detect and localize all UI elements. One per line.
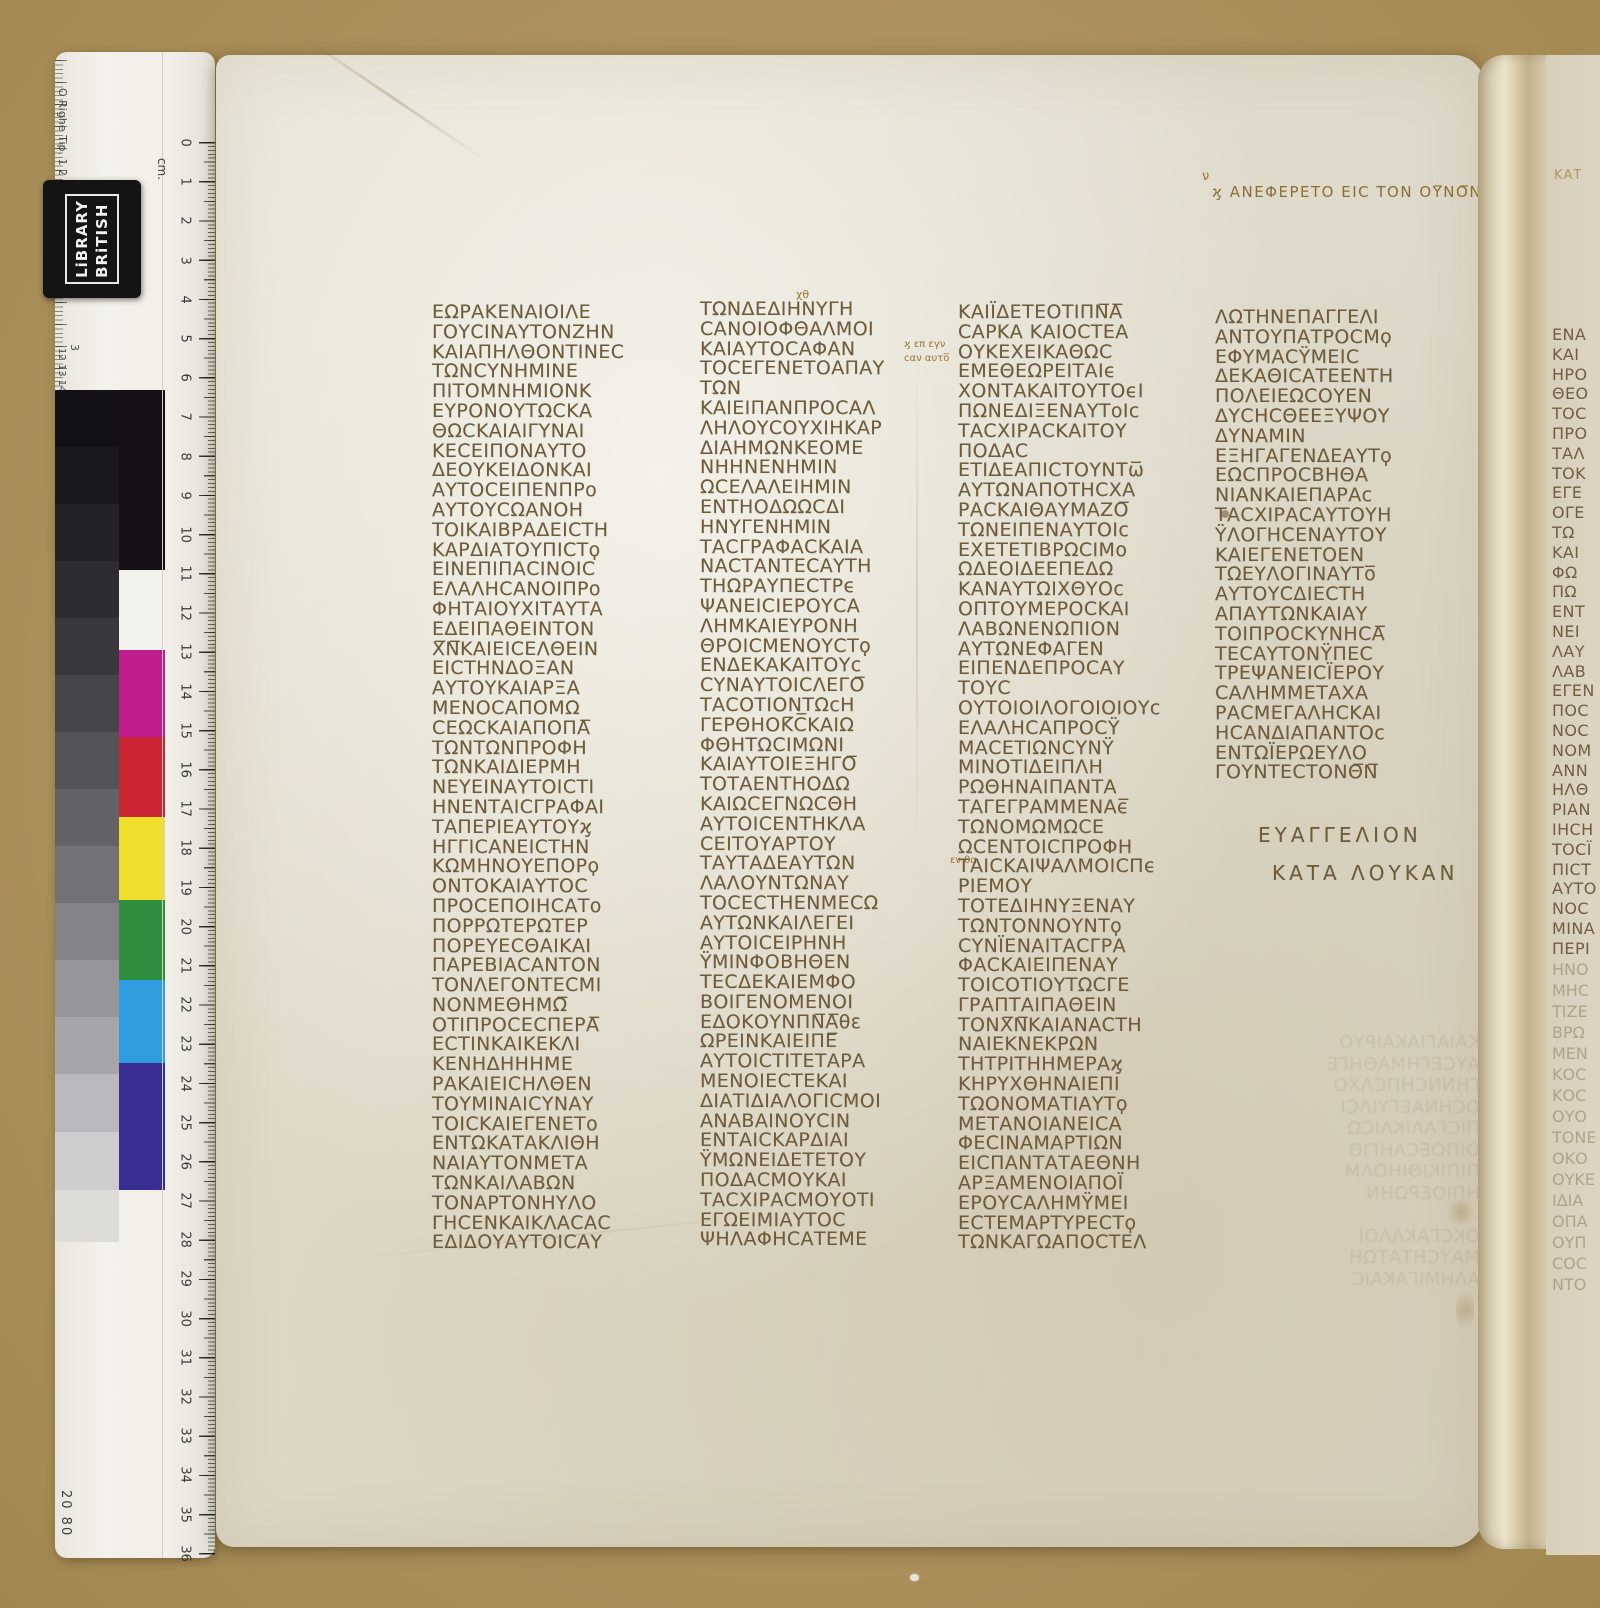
ghost-line: ΠΙΠΙΚΙΘΙΗΟΛΜ [1212,1161,1480,1183]
manuscript-line: ΑΝΤΟΥΠΑΤΡΟCΜϙ [1215,328,1483,348]
cm-number: 10 [165,522,204,546]
manuscript-line: ΓΡΑΠΤΑΙΠΑΘΕΙΝ [958,996,1226,1016]
cm-number: 20 [165,914,204,938]
grayscale-step [55,1017,119,1074]
manuscript-line: ΤΩΟΝΟΜΑΤΙΑΥΤϙ [958,1095,1226,1115]
manuscript-line: ΚΗΡΥΧΘΗΝΑΙΕΠΙ [958,1075,1226,1095]
grayscale-step [55,789,119,846]
cm-number: 26 [165,1149,204,1173]
manuscript-line: ΠΡΟCΕΠΟΙΗCΑΤο [432,897,700,917]
partial-line: ΕΓΕ [1552,483,1600,503]
grayscale-step [55,390,119,447]
color-patch [119,650,165,737]
color-patch [119,980,165,1063]
photo-background: { "ruler": { "brand_line1": "BRiTISH", "… [0,0,1600,1608]
partial-line: ΤΟCΪ [1552,840,1600,860]
manuscript-line: ΤΑCΧΙΡΑCΑΥΤΟΥΗ [1215,506,1483,526]
manuscript-line: ΤΗΩΡΑΥΠΕCΤΡϵ [700,577,968,597]
manuscript-line: ΠΟΡΡΩΤΕΡΩΤΕΡ [432,917,700,937]
faint-line: ΤΙΖΕ [1552,1001,1600,1022]
cm-number: 12 [165,601,204,625]
partial-line: ΕΝΤ [1552,602,1600,622]
cm-number: 5 [165,327,204,351]
ghost-line [1212,1204,1480,1226]
subscription-kata-loukan: ΚΑΤΑ ΛΟΥΚΑΝ [1272,861,1458,885]
manuscript-line: ΕΝΤΗΟΔΩΩCΔΙ [700,498,968,518]
manuscript-line: ΤΟΙCΟΤΙΟΥΤΩCΓΕ [958,976,1226,996]
manuscript-line: ΤΟΥΜΙΝΑΙCΥΝΑΥ [432,1095,700,1115]
ghost-line: ΜΑΥCΗΤΑΤΩΗ [1212,1247,1480,1269]
marginal-correction-sign: ν [1202,169,1209,184]
grayscale-step [55,447,119,504]
cm-number: 33 [165,1424,204,1448]
faint-line: ΙΔΙΑ [1552,1190,1600,1211]
cm-number: 31 [165,1345,204,1369]
partial-line: ΠΩ [1552,582,1600,602]
cm-number: 9 [165,483,204,507]
partial-line: ΤΟC [1552,404,1600,424]
partial-line: ΑΥΤΟ [1552,879,1600,899]
manuscript-line: ΤΩΝΚΑΓΩΑΠΟCΤΕΛ [958,1233,1226,1253]
manuscript-line: ΕΡΟΥCΑΛΗΜΫΜΕΙ [958,1194,1226,1214]
manuscript-line: ΑΥΤΩΝΑΠΟΤΗCΧΑ [958,481,1226,501]
grayscale-step [55,846,119,903]
cm-number: 8 [165,444,204,468]
partial-line: ΡΙΑΝ [1552,800,1600,820]
partial-line: ΤΩ [1552,523,1600,543]
manuscript-line: ΑΥΤΟΥCΔΙΕCΤΗ [1215,585,1483,605]
cm-number: 25 [165,1110,204,1134]
cm-number: 13 [165,640,204,664]
faint-line: ΒΡΩ [1552,1022,1600,1043]
manuscript-line: ΨΑΝΕΙCΙΕΡΟΥCΑ [700,597,968,617]
grayscale-light-tail [55,1190,119,1242]
manuscript-line: ΨΗΛΑΦΗCΑΤΕΜΕ [700,1230,968,1250]
text-column-4: ΛΩΤΗΝΕΠΑΓΓΕΛΙΑΝΤΟΥΠΑΤΡΟCΜϙΕΦΥΜΑCΫΜΕΙCΔΕΚ… [1215,308,1483,783]
next-leaf-partial-column: ΕΝΑΚΑΙΗΡΟΘΕΟΤΟCΠΡΟΤΑΛΤΟΚΕΓΕΟΓΕΤΩΚΑΙΦΩΠΩΕ… [1552,325,1600,959]
cm-number: 36 [165,1541,204,1565]
brand-word-library: LiBRARY [73,200,91,278]
manuscript-line: ΝΟΝΜΕΘΗΜΩ̅ [432,996,700,1016]
manuscript-line: ΑΥΤΩΝΚΑΙΛΕΓΕΙ [700,914,968,934]
brand-word-british: BRiTISH [93,200,111,278]
partial-line: ΗΡΟ [1552,365,1600,385]
cm-number: 7 [165,405,204,429]
manuscript-line: ΤΟΙΠΡΟCΚΥΝΗCΑ̅ [1215,625,1483,645]
ghost-line: ΑΛΗΜΙΓΑΚΑΙC [1212,1269,1480,1291]
manuscript-line: ΤΩΝΟΜΩΜΩCΕ [958,818,1226,838]
cm-number: 17 [165,797,204,821]
manuscript-line: CΥΝΑΥΤΟΙCΛΕΓΟ̅ [700,676,968,696]
faint-line: ΤΟΝΕ [1552,1127,1600,1148]
manuscript-line: ΠΟΛΕΙΕΩCΟΥΕΝ [1215,387,1483,407]
calibration-ruler: O Righe Tip. 1 2 3 4 12 13 14 15 16 3 4 … [55,52,215,1558]
manuscript-line: ΓΕΡΘΗΟΚ̅C̅ΚΑΙΩ [700,716,968,736]
color-patch [119,900,165,980]
partial-line: ΤΑΛ [1552,444,1600,464]
british-library-label-text: BRiTISH LiBRARY [65,194,119,284]
manuscript-line: ΤΟΤΕΔΙΗΝΥΞΕΝΑΥ [958,897,1226,917]
manuscript-line: ΤΑΓΕΓΡΑΜΜΕΝΑϵ̅ [958,798,1226,818]
manuscript-line: ΕΛΑΛΗCΑΝΟΙΠΡο [432,580,700,600]
grayscale-step [55,960,119,1017]
partial-line: ΙΗCΗ [1552,820,1600,840]
manuscript-line: ΤΟΝΛΕΓΟΝΤΕCΜΙ [432,976,700,996]
manuscript-line: ΛΗΛΟΥCΟΥΧΙΗΚΑΡ [700,419,968,439]
manuscript-line: ΚΑΝΑΥΤΩΙΧΘΥΟϲ [958,580,1226,600]
partial-line: ΑΝΝ [1552,761,1600,781]
cm-number: 16 [165,758,204,782]
cm-number: 24 [165,1071,204,1095]
faint-line: ΜΕΝ [1552,1043,1600,1064]
manuscript-line: ΑΥΤΟCΕΙΠΕΝΠΡο [432,481,700,501]
manuscript-line: ΑΥΤΟΙCΕΝΤΗΚΛΑ [700,815,968,835]
manuscript-line: ΤΟΝΑΡΤΟΝΗΥΛΟ [432,1194,700,1214]
manuscript-line: CΑΡΚΑ ΚΑΙΟCΤΕΑ [958,323,1226,343]
manuscript-line: ΛΗΜΚΑΙΕΥΡΟΝΗ [700,617,968,637]
text-column-3: ΚΑΙΪΔΕΤΕΟΤΙΠΝ̅Α̅CΑΡΚΑ ΚΑΙΟCΤΕΑΟΥΚΕΧΕΙΚΑΘ… [958,303,1226,1253]
partial-line: ΝΟΜ [1552,741,1600,761]
manuscript-line: ΚΑΙΩCΕΓΝΩCΘΗ [700,795,968,815]
manuscript-line: ΒΟΙΓΕΝΟΜΕΝΟΙ [700,993,968,1013]
manuscript-line: ΛΑΛΟΥΝΤΩΝΑΥ [700,874,968,894]
grayscale-step [55,732,119,789]
ghost-line: ΟCΗΝΑΕΓΥΙΛCΙ [1212,1097,1480,1119]
cm-scale-numbers: 0123456789101112131415161718192021222324… [173,123,197,1573]
faint-line: ΟΥΠ [1552,1232,1600,1253]
partial-line: ΤΟΚ [1552,464,1600,484]
cm-number: 29 [165,1267,204,1291]
manuscript-line: ΕΩΡΑΚΕΝΑΙΟΙΛΕ [432,303,700,323]
dust-speck [910,1574,919,1581]
grayscale-step [55,504,119,561]
manuscript-line: ΔΙΑΤΙΔΙΑΛΟΓΙCΜΟΙ [700,1092,968,1112]
faint-line: ΗΝΟ [1552,959,1600,980]
manuscript-line: ΘΩCΚΑΙΑΙΓΥΝΑΙ [432,422,700,442]
color-patch [119,1063,165,1190]
manuscript-line: ΤΑΠΕΡΙΕΑΥΤΟΥϗ [432,818,700,838]
cm-number: 28 [165,1228,204,1252]
manuscript-line: ΕΛΑΛΗCΑΠΡΟCΫ [958,719,1226,739]
marginal-note-ascension: ϗ ΑΝΕΦΕΡΕΤΟ ΕΙC ΤΟΝ ΟΥ̅ΝΟ̅Ν [1212,183,1482,201]
partial-line: ΝΕΙ [1552,622,1600,642]
text-column-1: ΕΩΡΑΚΕΝΑΙΟΙΛΕΓΟΥCΙΝΑΥΤΟΝΖΗΝΚΑΙΑΠΗΛΘΟΝΤΙΝ… [432,303,700,1253]
manuscript-line: ΤΑCΧΙΡΑCΚΑΙΤΟΥ [958,422,1226,442]
cm-number: 18 [165,836,204,860]
manuscript-line: ΝΕΥΕΙΝΑΥΤΟΙCΤΙ [432,778,700,798]
manuscript-line: ΕΔΙΔΟΥΑΥΤΟΙCΑΥ [432,1233,700,1253]
cm-number: 6 [165,366,204,390]
grayscale-calibration-strip [55,390,119,1190]
manuscript-line: CΑΛΗΜΜΕΤΑΧΑ [1215,684,1483,704]
faint-line: ΟΥΟ [1552,1106,1600,1127]
running-title-fragment: ΚΑΤ [1554,168,1582,183]
partial-line: ΝΟC [1552,899,1600,919]
manuscript-line: ΦΗΤΑΙΟΥΧΙΤΑΥΤΑ [432,600,700,620]
cm-number: 15 [165,718,204,742]
cm-number: 19 [165,875,204,899]
ghost-line: ΑΥCΕΓΗΜΑΘΗΓΕ [1212,1054,1480,1076]
cm-number: 35 [165,1502,204,1526]
faint-line: ΜΗC [1552,980,1600,1001]
ghost-line: ΗΠΙΟΕΡΩΗΝ [1212,1183,1480,1205]
ghost-line: ΚΑΙΑΓΙΑΚΑΙΡΥΟ [1212,1032,1480,1054]
manuscript-line: ΗΝΥΓΕΝΗΜΙΝ [700,518,968,538]
partial-line: ΝΟC [1552,721,1600,741]
manuscript-line: ΤΩΝΕΙΠΕΝΑΥΤΟΙϲ [958,521,1226,541]
grayscale-step [55,903,119,960]
partial-line: ΘΕΟ [1552,384,1600,404]
manuscript-line: ΡΙΕΜΟΥ [958,877,1226,897]
manuscript-line: ΤΩΝΚΑΙΛΑΒΩΝ [432,1174,700,1194]
manuscript-line: ΠΩΝΕΔΙΞΕΝΑΥΤοΙϲ [958,402,1226,422]
partial-line: ΗΛΘ [1552,780,1600,800]
grayscale-step [55,561,119,618]
partial-line: ΠΟC [1552,701,1600,721]
manuscript-line: ΝΙΑΝΚΑΙΕΠΑΡΑϲ [1215,486,1483,506]
manuscript-line: ΡΑCΚΑΙΘΑΥΜΑΖΟ̅ [958,501,1226,521]
manuscript-line: ΤΟΤΑΕΝΤΗΟΔΩ [700,775,968,795]
ghost-line: ΓΗΝΝCΗΠCΛΧΟ [1212,1075,1480,1097]
parchment-stain [1456,1285,1474,1335]
partial-line: ΦΩ [1552,563,1600,583]
cm-number: 21 [165,954,204,978]
british-library-label: BRiTISH LiBRARY [43,180,141,298]
manuscript-line: ΓΟΥCΙΝΑΥΤΟΝΖΗΝ [432,323,700,343]
ruler-bottom-numbers: 20 80 [58,1490,73,1537]
manuscript-line: ΫΛΟΓΗCΕΝΑΥΤΟΥ [1215,526,1483,546]
ghost-line: ΠΙCΓΛΛΙΚΛΙCΩ [1212,1118,1480,1140]
manuscript-line: ΟΝΤΟΚΑΙΑΥΤΟC [432,877,700,897]
grayscale-step [55,618,119,675]
cm-number: 14 [165,679,204,703]
faint-line: ΟΥΚΕ [1552,1169,1600,1190]
color-patch [119,570,165,650]
cm-number: 30 [165,1306,204,1330]
manuscript-line: ΟΠΤΟΥΜΕΡΟCΚΑΙ [958,600,1226,620]
partial-line: ΚΑΙ [1552,543,1600,563]
faint-line: ΚΟC [1552,1085,1600,1106]
manuscript-line: ΜΕΝΟΙΕCΤΕΚΑΙ [700,1072,968,1092]
cm-number: 2 [165,209,204,233]
manuscript-line: ΜΕΝΟCΑΠΟΜΩ [432,699,700,719]
fold-crease [295,31,487,162]
manuscript-line: ΤΟΙΚΑΙΒΡΑΔΕΙCΤΗ [432,521,700,541]
partial-line: ΟΓΕ [1552,503,1600,523]
manuscript-line: ΚΑΙΪΔΕΤΕΟΤΙΠΝ̅Α̅ [958,303,1226,323]
faint-line: ΝΤΟ [1552,1274,1600,1295]
manuscript-line: ΧΟΝΤΑΚΑΙΤΟΥΤΟϵΙ [958,382,1226,402]
manuscript-line: ΗCΑΝΔΙΑΠΑΝΤΟϲ [1215,724,1483,744]
cm-number: 0 [165,131,204,155]
manuscript-line: ΔΥCΗCΘΕΕΞΥΨΟΥ [1215,407,1483,427]
cm-number: 23 [165,1032,204,1056]
manuscript-line: CΕΩCΚΑΙΑΠΟΠΑ̅ [432,719,700,739]
color-patch [119,737,165,817]
text-column-2: ΤΩΝΔΕΔΙΗΝΥΓΗCΑΝΟΙΟΦΘΑΛΜΟΙΚΑΙΑΥΤΟCΑΦΑΝΤΟC… [700,300,968,1250]
faint-line: ΟΚΟ [1552,1148,1600,1169]
manuscript-line: ΤΟΥC [958,679,1226,699]
manuscript-line: ΚΑΙΕΙΠΑΝΠΡΟCΑΛ [700,399,968,419]
manuscript-line: ΤΟCΕCΤΗΕΝΜΕCΩ [700,894,968,914]
partial-line: ΕΝΑ [1552,325,1600,345]
ghost-line: ΟΙΠΟΕCΑΗΓΙΘ [1212,1140,1480,1162]
partial-line: ΛΑΥ [1552,642,1600,662]
color-patch [119,817,165,900]
partial-line: ΠΡΟ [1552,424,1600,444]
partial-line: ΠΙCΤ [1552,860,1600,880]
color-patch [119,390,165,570]
manuscript-line: ΑΠΑΥΤΩΝΚΑΙΑΥ [1215,605,1483,625]
manuscript-line: ΑΥΤΟΥCΩΑΝΟΗ [432,501,700,521]
cm-number: 11 [165,562,204,586]
manuscript-line: ΑΥΤΟΥΚΑΙΑΡΞΑ [432,679,700,699]
manuscript-page: ϗ ΑΝΕΦΕΡΕΤΟ ΕΙC ΤΟΝ ΟΥ̅ΝΟ̅Ν ν χθ ϗ επ εγ… [216,55,1484,1547]
cm-number: 32 [165,1385,204,1409]
faint-line: ΚΟC [1552,1064,1600,1085]
bleed-through-text: ΚΑΙΑΓΙΑΚΑΙΡΥΟΑΥCΕΓΗΜΑΘΗΓΕΓΗΝΝCΗΠCΛΧΟΟCΗΝ… [1212,1032,1480,1290]
manuscript-line: ΡΑΚΑΙΕΙCΗΛΘΕΝ [432,1075,700,1095]
grayscale-step [55,1074,119,1132]
next-leaf-edge: ΚΑΤ ΕΝΑΚΑΙΗΡΟΘΕΟΤΟCΠΡΟΤΑΛΤΟΚΕΓΕΟΓΕΤΩΚΑΙΦ… [1546,55,1600,1555]
cm-number: 22 [165,993,204,1017]
manuscript-line: ΠΟΔΑCΜΟΥΚΑΙ [700,1171,968,1191]
cm-number: 4 [165,287,204,311]
manuscript-line: ΔΥΝΑΜΙΝ [1215,427,1483,447]
manuscript-line: ΤΑCΧΙΡΑCΜΟΥΟΤΙ [700,1191,968,1211]
left-scale-number-3: 3 [68,344,81,351]
grayscale-step [55,675,119,732]
manuscript-line: ΓΟΥΝΤΕCΤΟΝΘ̅Ν̅ [1215,763,1483,783]
next-leaf-faint-column: ΗΝΟΜΗCΤΙΖΕΒΡΩΜΕΝΚΟCΚΟCΟΥΟΤΟΝΕΟΚΟΟΥΚΕΙΔΙΑ… [1552,959,1600,1295]
color-calibration-strip [119,390,165,1190]
cm-number: 27 [165,1189,204,1213]
manuscript-line: ΛΑΒΩΝΕΝΩΠΙΟΝ [958,620,1226,640]
manuscript-line: ΩCΕΛΑΛΕΙΗΜΙΝ [700,478,968,498]
cm-number: 34 [165,1463,204,1487]
partial-line: ΜΙΝΑ [1552,919,1600,939]
manuscript-line: ΕΔΕΙΠΑΘΕΙΝΤΟΝ [432,620,700,640]
cm-unit-label: cm. [155,158,169,180]
partial-line: ΕΓΕΝ [1552,681,1600,701]
manuscript-line: ΑΡΞΑΜΕΝΟΙΑΠΟΪ [958,1174,1226,1194]
partial-line: ΠΕΡΙ [1552,939,1600,959]
faint-line: CΟC [1552,1253,1600,1274]
manuscript-line: ΤΕCΔΕΚΑΙΕΜΦΟ [700,973,968,993]
manuscript-line: ΟΥΤΟΙΟΙΛΟΓΟΙΟΙΟΥϲ [958,699,1226,719]
manuscript-line: ΤΩΝ [700,379,968,399]
cm-number: 1 [165,170,204,194]
ghost-line: ΟΚCΓΑΚΛΛΟΙ [1212,1226,1480,1248]
page-fold-edge [1478,55,1548,1549]
manuscript-line: CΑΝΟΙΟΦΘΑΛΜΟΙ [700,320,968,340]
manuscript-line: ΤΩΝΔΕΔΙΗΝΥΓΗ [700,300,968,320]
cm-number: 3 [165,248,204,272]
manuscript-line: ΕΥΡΟΝΟΥΤΩCΚΑ [432,402,700,422]
faint-line: ΟΠΑ [1552,1211,1600,1232]
partial-line: ΚΑΙ [1552,345,1600,365]
subscription-evangelion: ΕΥΑΓΓΕΛΙΟΝ [1258,823,1422,847]
grayscale-step [55,1132,119,1190]
manuscript-line: ΤΩΝΤΟΝΝΟΥΝΤϙ [958,917,1226,937]
manuscript-line: ΡΑCΜΕΓΑΛΗCΚΑΙ [1215,704,1483,724]
manuscript-line: ΤΑCΟΤΙΟΝΤΩϲΗ [700,696,968,716]
manuscript-line: ΠΙΤΟΜΝΗΜΙΟΝΚ [432,382,700,402]
manuscript-line: ΛΩΤΗΝΕΠΑΓΓΕΛΙ [1215,308,1483,328]
manuscript-line: ΡΩΘΗΝΑΙΠΑΝΤΑ [958,778,1226,798]
manuscript-line: ΗΝΕΝΤΑΙCΓΡΑΦΑΙ [432,798,700,818]
partial-line: ΛΑΒ [1552,662,1600,682]
